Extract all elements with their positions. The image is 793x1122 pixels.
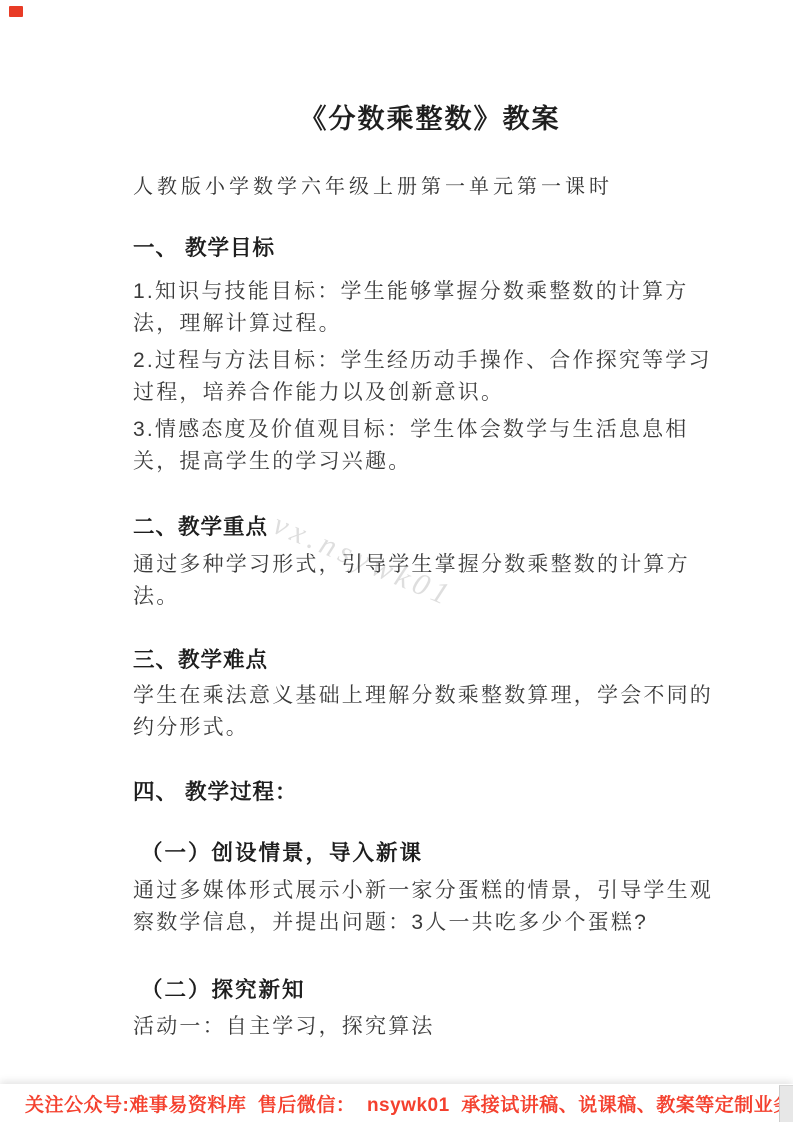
paragraph-activity-one: 活动一：自主学习，探究算法 <box>133 1011 733 1043</box>
paragraph-goal-2: 2.过程与方法目标：学生经历动手操作、合作探究等学习 过程，培养合作能力以及创新… <box>133 345 733 409</box>
paragraph-goal-3: 3.情感态度及价值观目标：学生体会数学与生活息息相 关，提高学生的学习兴趣。 <box>133 414 733 478</box>
heading-difficulties: 三、教学难点 <box>133 643 268 674</box>
promo-footer-text: 关注公众号:难事易资料库 售后微信： nsywk01 承接试讲稿、说课稿、教案等… <box>25 1090 793 1117</box>
paragraph-scenario-intro: 通过多媒体形式展示小新一家分蛋糕的情景，引导学生观 察数学信息，并提出问题：3人… <box>133 875 733 939</box>
red-corner-mark <box>9 6 23 17</box>
page-subtitle: 人教版小学数学六年级上册第一单元第一课时 <box>133 170 613 199</box>
heading-scenario-intro: （一）创设情景，导入新课 <box>141 836 423 867</box>
paragraph-goal-1: 1.知识与技能目标：学生能够掌握分数乘整数的计算方 法，理解计算过程。 <box>133 276 733 340</box>
heading-teaching-goals: 一、 教学目标 <box>133 231 275 262</box>
scrollbar-thumb[interactable] <box>779 1085 793 1122</box>
heading-teaching-process: 四、 教学过程： <box>133 775 297 806</box>
document-content: 《分数乘整数》教案 人教版小学数学六年级上册第一单元第一课时 一、 教学目标 1… <box>133 0 727 1080</box>
heading-key-points: 二、教学重点 <box>133 510 268 541</box>
promo-footer-banner: 关注公众号:难事易资料库 售后微信： nsywk01 承接试讲稿、说课稿、教案等… <box>0 1084 793 1122</box>
paragraph-key-points: 通过多种学习形式，引导学生掌握分数乘整数的计算方 法。 <box>133 549 733 613</box>
paragraph-difficulties: 学生在乘法意义基础上理解分数乘整数算理，学会不同的 约分形式。 <box>133 680 733 744</box>
heading-explore-new: （二）探究新知 <box>141 973 306 1004</box>
page-title: 《分数乘整数》教案 <box>133 97 727 136</box>
document-page: vx.nsywk01 《分数乘整数》教案 人教版小学数学六年级上册第一单元第一课… <box>0 0 793 1122</box>
